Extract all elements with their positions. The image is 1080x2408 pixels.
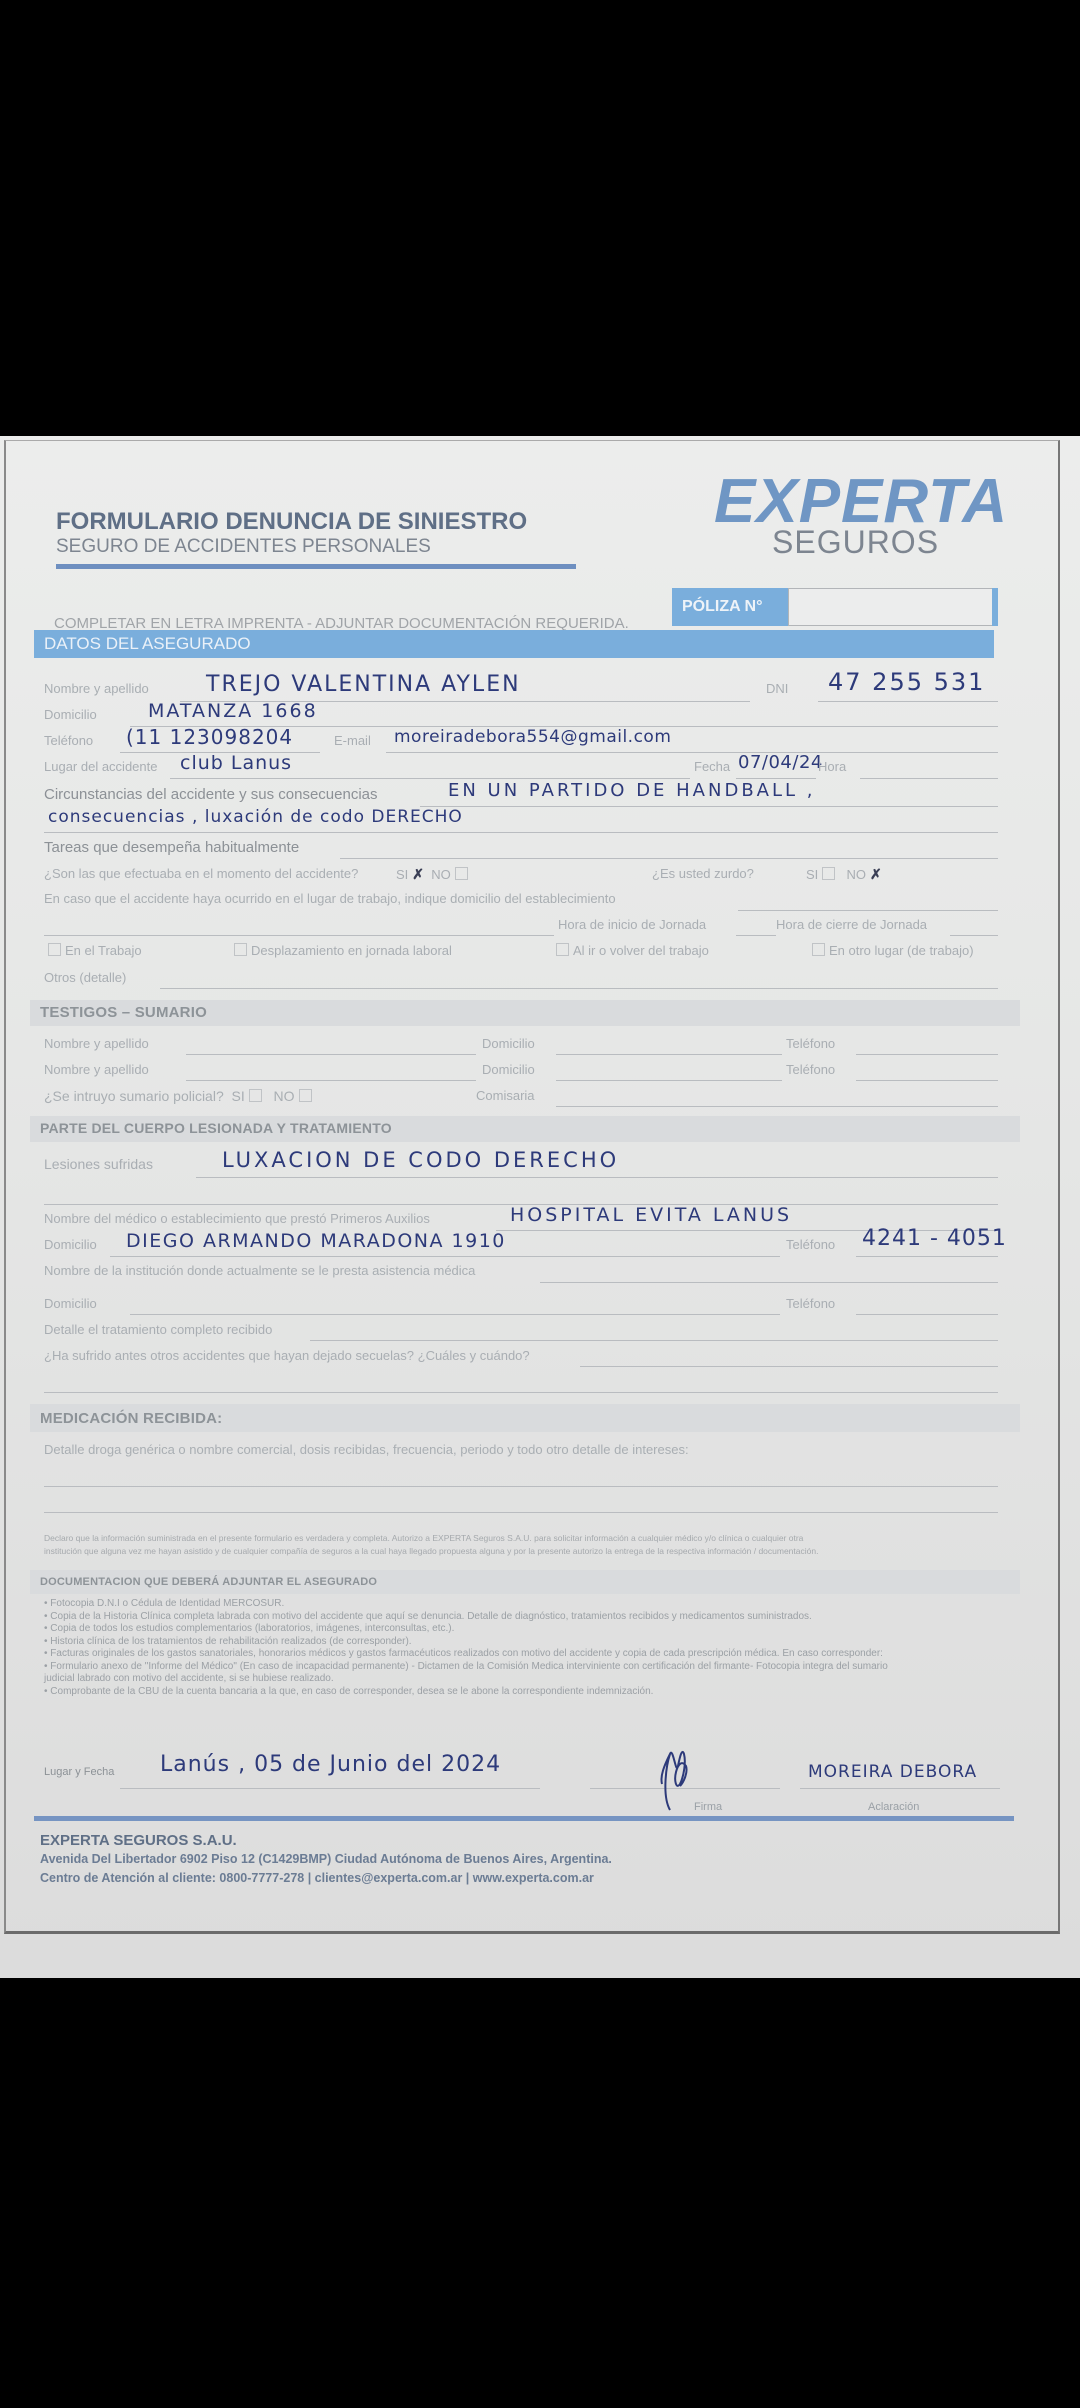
section-cuerpo-title: PARTE DEL CUERPO LESIONADA Y TRATAMIENTO <box>40 1120 392 1136</box>
cuerpo-telefono-line <box>856 1256 998 1257</box>
medico-label: Nombre del médico o establecimiento que … <box>44 1211 430 1226</box>
option-label: En el Trabajo <box>65 943 142 958</box>
circunstancias-field-2[interactable]: consecuencias , luxación de codo DERECHO <box>48 807 463 827</box>
dni-field[interactable]: 47 255 531 <box>828 668 985 696</box>
hora-cierre-label: Hora de cierre de Jornada <box>776 917 927 932</box>
son-las-label: ¿Son las que efectuaba en el momento del… <box>44 866 358 881</box>
option-checkbox[interactable] <box>234 943 247 956</box>
option-checkbox[interactable] <box>48 943 61 956</box>
secuelas-field[interactable] <box>580 1366 998 1367</box>
nombre-label: Nombre y apellido <box>44 681 149 696</box>
son-las-options: SI✗ NO <box>396 866 472 883</box>
zurdo-no-checkbox[interactable]: ✗ <box>870 866 882 882</box>
option-desplazamiento[interactable]: Desplazamiento en jornada laboral <box>230 943 452 958</box>
circunstancias-line-1 <box>420 806 998 807</box>
poliza-box-accent <box>992 588 998 626</box>
title-underline <box>56 564 576 569</box>
doc-item: judicial labrado con motivo del accident… <box>44 1673 888 1686</box>
experta-logo: EXPERTA SEGUROS <box>714 466 1004 556</box>
secuelas-label: ¿Ha sufrido antes otros accidentes que h… <box>44 1348 530 1363</box>
claim-form-paper: FORMULARIO DENUNCIA DE SINIESTRO SEGURO … <box>0 436 1080 1978</box>
lugar-trabajo-line-2 <box>44 935 554 936</box>
zurdo-label: ¿Es usted zurdo? <box>652 866 754 881</box>
sumario-question: ¿Se intruyo sumario policial? <box>44 1088 224 1104</box>
fecha-label: Fecha <box>694 759 730 774</box>
option-label: Desplazamiento en jornada laboral <box>251 943 452 958</box>
firma-label: Firma <box>694 1801 722 1813</box>
documentation-list: • Fotocopia D.N.I o Cédula de Identidad … <box>44 1598 888 1698</box>
medico-field[interactable]: HOSPITAL EVITA LANUS <box>510 1204 792 1226</box>
logo-sub-text: SEGUROS <box>772 524 939 561</box>
zurdo-no-label: NO <box>847 867 867 882</box>
lugar-accidente-label: Lugar del accidente <box>44 759 157 774</box>
poliza-label: PÓLIZA N° <box>682 598 762 616</box>
comisaria-label: Comisaria <box>476 1088 535 1103</box>
tareas-label: Tareas que desempeña habitualmente <box>44 839 299 856</box>
fecha-line <box>736 778 816 779</box>
testigo-1-nombre-label: Nombre y apellido <box>44 1036 149 1051</box>
section-documentacion: DOCUMENTACION QUE DEBERÁ ADJUNTAR EL ASE… <box>30 1570 1020 1594</box>
form-subtitle: SEGURO DE ACCIDENTES PERSONALES <box>56 536 431 558</box>
comisaria-field[interactable] <box>556 1106 998 1107</box>
section-testigos: TESTIGOS – SUMARIO <box>30 1000 1020 1026</box>
zurdo-options: SI NO✗ <box>806 866 882 883</box>
signature-scribble-icon <box>640 1736 700 1816</box>
telefono-field[interactable]: (11 123098204 <box>126 725 293 749</box>
doc-item: • Formulario anexo de "Informe del Médic… <box>44 1661 888 1674</box>
option-checkbox[interactable] <box>556 943 569 956</box>
lugar-fecha-label: Lugar y Fecha <box>44 1766 114 1778</box>
medicacion-field-1[interactable] <box>44 1486 998 1487</box>
domicilio-label: Domicilio <box>44 707 97 722</box>
testigo-1-domicilio-label: Domicilio <box>482 1036 535 1051</box>
lugar-fecha-field[interactable]: Lanús , 05 de Junio del 2024 <box>160 1752 501 1777</box>
lugar-trabajo-line <box>738 910 998 911</box>
telefono-label: Teléfono <box>44 733 93 748</box>
testigo-1-telefono-label: Teléfono <box>786 1036 835 1051</box>
sumario-no-label: NO <box>274 1088 295 1104</box>
tratamiento-field[interactable] <box>310 1340 998 1341</box>
footer-address: Avenida Del Libertador 6902 Piso 12 (C14… <box>40 1852 612 1866</box>
poliza-label-box: PÓLIZA N° <box>672 588 788 626</box>
lesiones-line <box>196 1177 998 1178</box>
zurdo-si-checkbox[interactable] <box>822 867 835 880</box>
footer-company: EXPERTA SEGUROS S.A.U. <box>40 1832 237 1849</box>
circunstancias-label: Circunstancias del accidente y sus conse… <box>44 786 378 803</box>
dni-label: DNI <box>766 681 788 696</box>
hora-inicio-label: Hora de inicio de Jornada <box>558 917 706 932</box>
sumario-no-checkbox[interactable] <box>299 1089 312 1102</box>
lesiones-label: Lesiones sufridas <box>44 1156 153 1172</box>
cuerpo-telefono2-field[interactable] <box>856 1314 998 1315</box>
testigo-2-domicilio-field[interactable] <box>556 1080 782 1081</box>
declaration-line-1: Declaro que la información suministrada … <box>44 1532 818 1545</box>
testigo-2-nombre-label: Nombre y apellido <box>44 1062 149 1077</box>
hora-inicio-line <box>736 935 776 936</box>
cuerpo-telefono2-label: Teléfono <box>786 1296 835 1311</box>
tareas-line <box>340 858 998 859</box>
sumario-si-checkbox[interactable] <box>249 1089 262 1102</box>
otros-label: Otros (detalle) <box>44 970 126 985</box>
hora-label: Hora <box>818 759 846 774</box>
section-datos-asegurado: DATOS DEL ASEGURADO <box>34 630 994 658</box>
email-label: E-mail <box>334 733 371 748</box>
option-en-el-trabajo[interactable]: En el Trabajo <box>44 943 142 958</box>
email-field[interactable]: moreiradebora554@gmail.com <box>394 727 671 747</box>
aclaracion-label: Aclaración <box>868 1801 919 1813</box>
zurdo-si-label: SI <box>806 867 818 882</box>
aclaracion-field[interactable]: MOREIRA DEBORA <box>808 1762 977 1782</box>
section-documentacion-title: DOCUMENTACION QUE DEBERÁ ADJUNTAR EL ASE… <box>40 1576 377 1588</box>
hora-cierre-line <box>950 935 998 936</box>
son-las-si-label: SI <box>396 867 408 882</box>
testigo-1-telefono-field[interactable] <box>856 1054 998 1055</box>
institucion-field[interactable] <box>540 1282 998 1283</box>
son-las-no-checkbox[interactable] <box>455 867 468 880</box>
cuerpo-domicilio-line <box>110 1256 780 1257</box>
lugar-trabajo-label: En caso que el accidente haya ocurrido e… <box>44 891 616 906</box>
cuerpo-domicilio-field[interactable]: DIEGO ARMANDO MARADONA 1910 <box>126 1230 506 1252</box>
doc-item: • Fotocopia D.N.I o Cédula de Identidad … <box>44 1598 888 1611</box>
option-label: Al ir o volver del trabajo <box>573 943 709 958</box>
testigo-2-domicilio-label: Domicilio <box>482 1062 535 1077</box>
section-datos-title: DATOS DEL ASEGURADO <box>44 634 251 654</box>
son-las-no-label: NO <box>431 867 451 882</box>
son-las-si-checkbox[interactable]: ✗ <box>412 866 424 882</box>
footer-contact: Centro de Atención al cliente: 0800-7777… <box>40 1871 594 1885</box>
tratamiento-label: Detalle el tratamiento completo recibido <box>44 1322 272 1337</box>
cuerpo-telefono-label: Teléfono <box>786 1237 835 1252</box>
aclaracion-line <box>800 1788 1000 1789</box>
section-testigos-title: TESTIGOS – SUMARIO <box>40 1004 207 1021</box>
cuerpo-domicilio2-field[interactable] <box>130 1314 780 1315</box>
option-checkbox[interactable] <box>812 943 825 956</box>
dni-line <box>818 701 998 702</box>
lugar-line <box>170 778 690 779</box>
section-medicacion: MEDICACIÓN RECIBIDA: <box>30 1404 1020 1432</box>
declaration-line-2: institución que alguna vez me hayan asis… <box>44 1545 818 1558</box>
doc-item: • Copia de todos los estudios complement… <box>44 1623 888 1636</box>
medicacion-detail-label: Detalle droga genérica o nombre comercia… <box>44 1442 689 1457</box>
otros-line <box>160 988 998 989</box>
option-label: En otro lugar (de trabajo) <box>829 943 974 958</box>
section-cuerpo: PARTE DEL CUERPO LESIONADA Y TRATAMIENTO <box>30 1116 1020 1142</box>
nombre-field[interactable]: TREJO VALENTINA AYLEN <box>206 672 521 697</box>
lugar-accidente-field[interactable]: club Lanus <box>180 752 292 774</box>
form-title: FORMULARIO DENUNCIA DE SINIESTRO <box>56 508 527 536</box>
testigo-2-nombre-field[interactable] <box>186 1080 476 1081</box>
paper-border <box>4 440 1060 1934</box>
cuerpo-telefono-field[interactable]: 4241 - 4051 <box>862 1226 1007 1251</box>
poliza-number-field[interactable] <box>788 588 994 626</box>
testigo-2-telefono-label: Teléfono <box>786 1062 835 1077</box>
footer-divider <box>34 1816 1014 1821</box>
cuerpo-domicilio-label: Domicilio <box>44 1237 97 1252</box>
doc-item: • Facturas originales de los gastos sana… <box>44 1648 888 1661</box>
sumario-label: ¿Se intruyo sumario policial? SI NO <box>44 1088 316 1104</box>
lesiones-field[interactable]: LUXACION DE CODO DERECHO <box>222 1148 619 1172</box>
testigo-2-telefono-field[interactable] <box>856 1080 998 1081</box>
doc-item: • Historia clínica de los tratamientos d… <box>44 1636 888 1649</box>
fecha-field[interactable]: 07/04/24 <box>738 752 823 773</box>
doc-item: • Copia de la Historia Clínica completa … <box>44 1611 888 1624</box>
institucion-label: Nombre de la institución donde actualmen… <box>44 1263 475 1278</box>
testigo-1-nombre-field[interactable] <box>186 1054 476 1055</box>
domicilio-field[interactable]: MATANZA 1668 <box>148 700 318 722</box>
cuerpo-domicilio2-label: Domicilio <box>44 1296 97 1311</box>
circunstancias-line-2 <box>44 832 998 833</box>
option-otro-lugar[interactable]: En otro lugar (de trabajo) <box>808 943 974 958</box>
medicacion-field-2[interactable] <box>44 1512 998 1513</box>
circunstancias-field-1[interactable]: EN UN PARTIDO DE HANDBALL , <box>448 780 815 801</box>
secuelas-line-2 <box>44 1392 998 1393</box>
sumario-si-label: SI <box>232 1088 245 1104</box>
doc-item: • Comprobante de la CBU de la cuenta ban… <box>44 1686 888 1699</box>
option-ir-volver[interactable]: Al ir o volver del trabajo <box>552 943 709 958</box>
hora-line <box>860 778 998 779</box>
testigo-1-domicilio-field[interactable] <box>556 1054 782 1055</box>
declaration-text: Declaro que la información suministrada … <box>44 1532 818 1558</box>
lugar-fecha-line <box>120 1788 540 1789</box>
email-line <box>386 752 998 753</box>
section-medicacion-title: MEDICACIÓN RECIBIDA: <box>40 1410 222 1427</box>
